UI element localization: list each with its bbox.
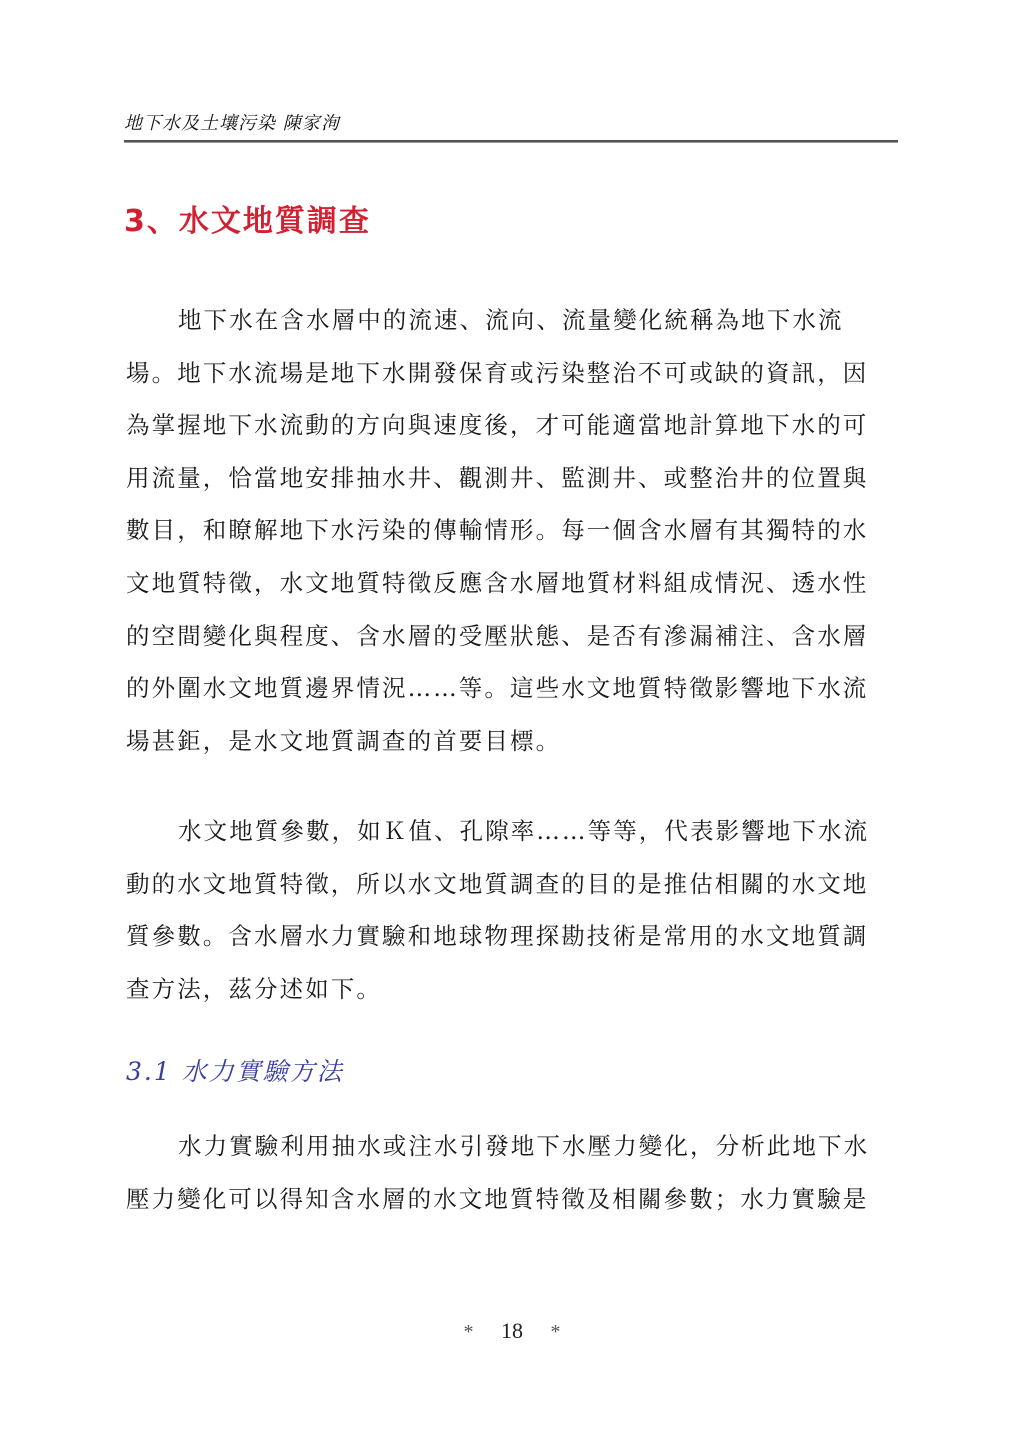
header-divider: [124, 140, 898, 143]
paragraph-line: 的外圍水文地質邊界情況……等。這些水文地質特徵影響地下水流: [126, 662, 898, 715]
chapter-heading: 3、水文地質調查: [124, 200, 371, 244]
paragraph-line: 質參數。含水層水力實驗和地球物理探勘技術是常用的水文地質調: [126, 910, 898, 963]
page-footer: * 18 *: [0, 1318, 1024, 1344]
asterisk-mark-left: *: [464, 1321, 474, 1343]
paragraph-line: 數目，和瞭解地下水污染的傳輸情形。每一個含水層有其獨特的水: [126, 504, 898, 557]
paragraph-line: 場甚鉅，是水文地質調查的首要目標。: [126, 715, 898, 768]
paragraph-line: 文地質特徵，水文地質特徵反應含水層地質材料組成情況、透水性: [126, 557, 898, 610]
paragraph-flow-field: 地下水在含水層中的流速、流向、流量變化統稱為地下水流 場。地下水流場是地下水開發…: [126, 294, 898, 767]
paragraph-hydraulic-tests: 水力實驗利用抽水或注水引發地下水壓力變化，分析此地下水 壓力變化可以得知含水層的…: [126, 1120, 898, 1225]
paragraph-line: 水文地質參數，如Ｋ值、孔隙率……等等，代表影響地下水流: [126, 805, 898, 858]
paragraph-line: 場。地下水流場是地下水開發保育或污染整治不可或缺的資訊，因: [126, 347, 898, 400]
paragraph-line: 的空間變化與程度、含水層的受壓狀態、是否有滲漏補注、含水層: [126, 610, 898, 663]
asterisk-mark-right: *: [551, 1321, 561, 1343]
paragraph-line: 動的水文地質特徵，所以水文地質調查的目的是推估相關的水文地: [126, 858, 898, 911]
paragraph-line: 地下水在含水層中的流速、流向、流量變化統稱為地下水流: [126, 294, 898, 347]
paragraph-line: 用流量，恰當地安排抽水井、觀測井、監測井、或整治井的位置與: [126, 452, 898, 505]
paragraph-line: 為掌握地下水流動的方向與速度後，才可能適當地計算地下水的可: [126, 399, 898, 452]
paragraph-line: 壓力變化可以得知含水層的水文地質特徵及相關參數；水力實驗是: [126, 1173, 898, 1226]
paragraph-parameters: 水文地質參數，如Ｋ值、孔隙率……等等，代表影響地下水流 動的水文地質特徵，所以水…: [126, 805, 898, 1015]
section-heading: 3.1 水力實驗方法: [126, 1052, 344, 1092]
running-header: 地下水及土壤污染 陳家洵: [124, 112, 898, 143]
page-number: 18: [501, 1318, 523, 1343]
paragraph-line: 水力實驗利用抽水或注水引發地下水壓力變化，分析此地下水: [126, 1120, 898, 1173]
running-header-title: 地下水及土壤污染 陳家洵: [124, 112, 898, 138]
paragraph-line: 查方法，茲分述如下。: [126, 963, 898, 1016]
